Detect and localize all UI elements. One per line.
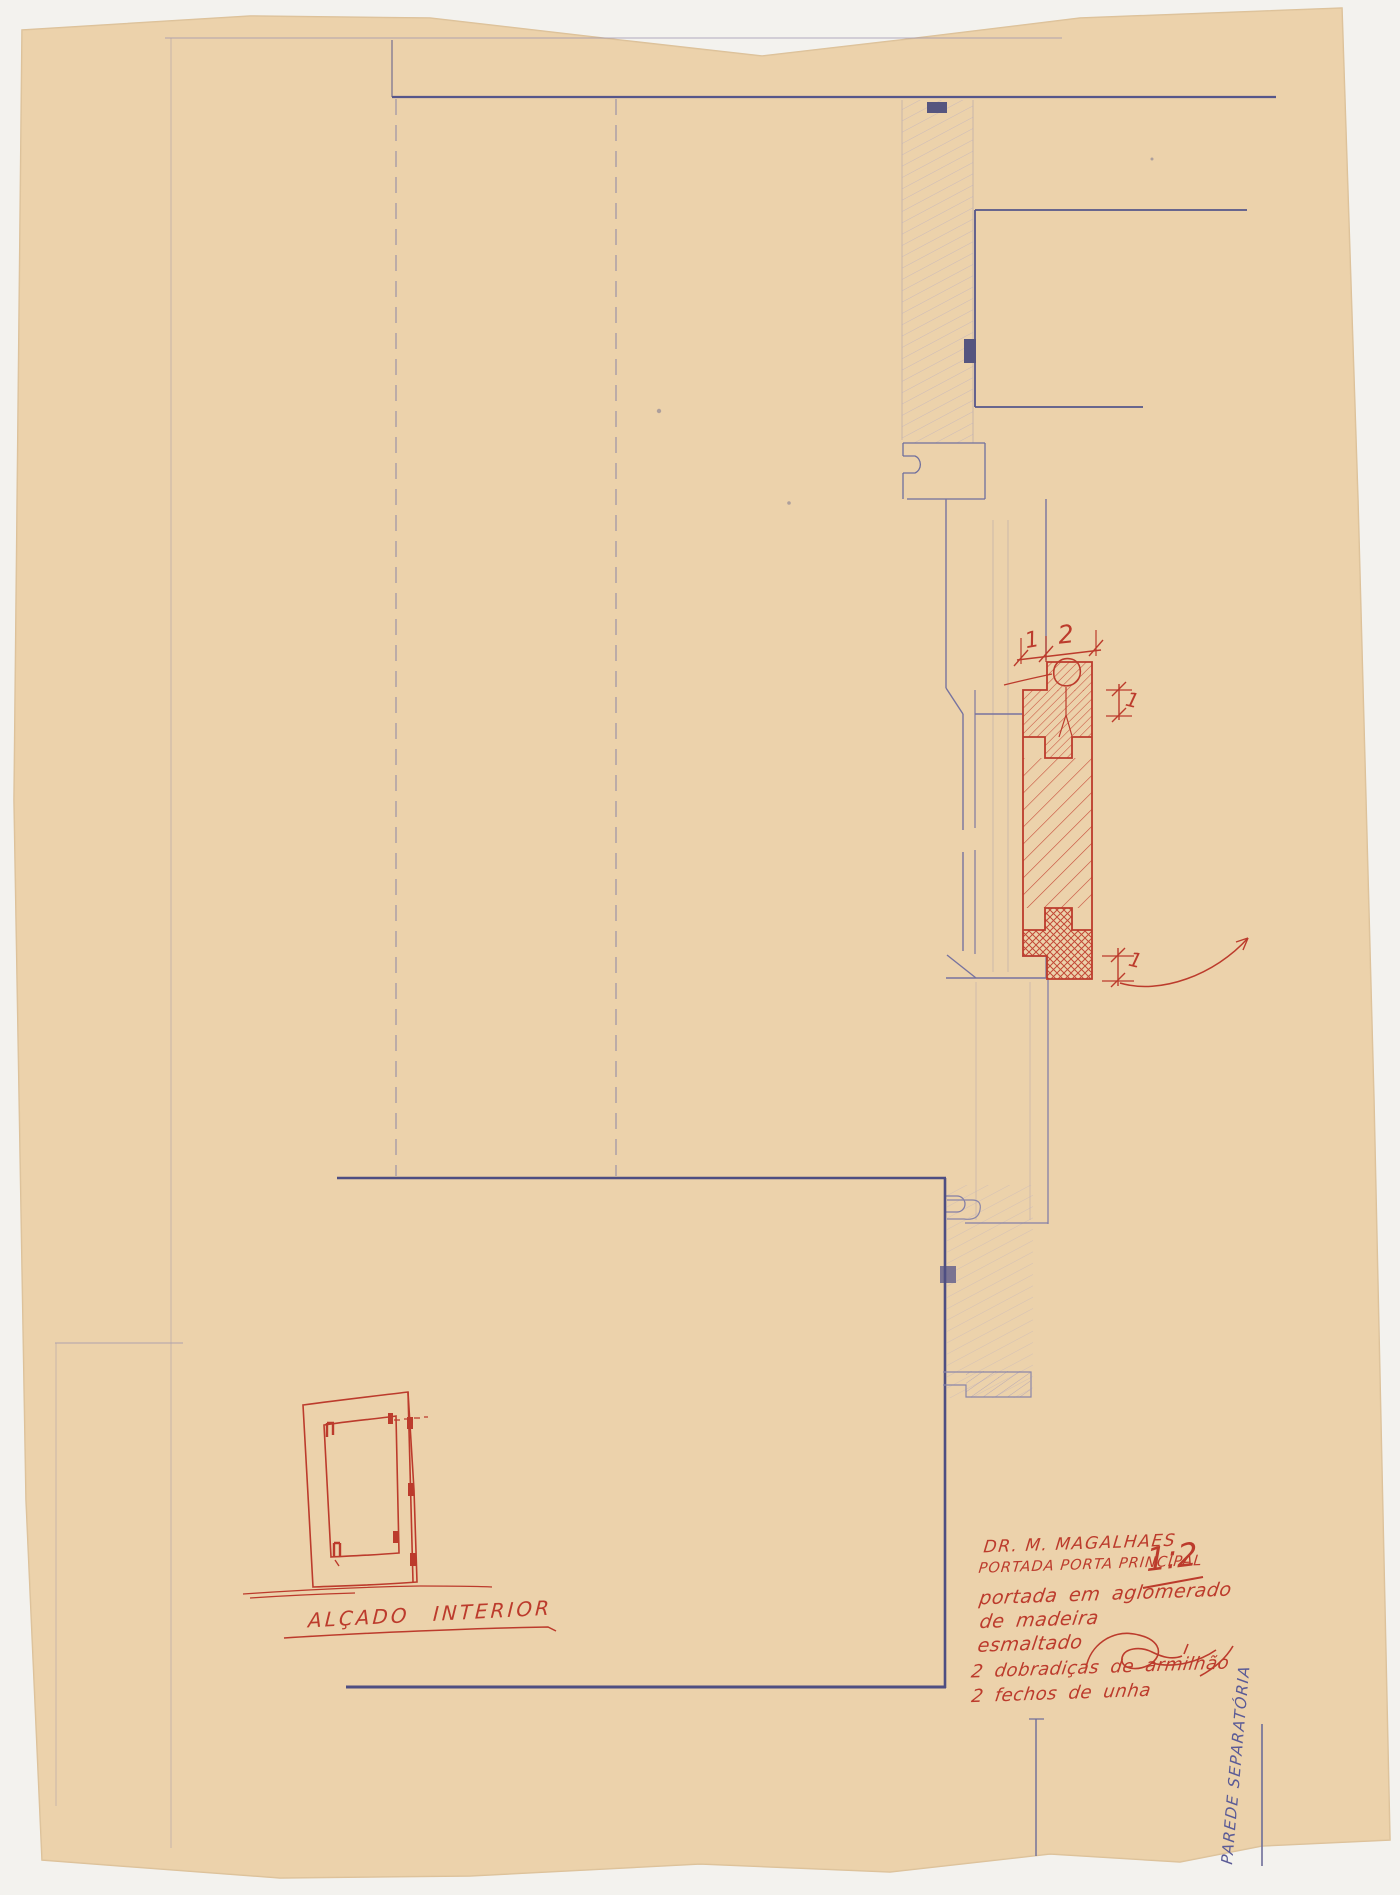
note-material-line-3: esmaltado — [976, 1631, 1084, 1657]
red-detail-hatch — [1023, 662, 1092, 979]
note-scale: 1:2 — [1146, 1535, 1198, 1579]
note-material-line-2: de madeira — [978, 1607, 1100, 1633]
drawing-linework — [0, 0, 1400, 1895]
scanned-drawing-page: DR. M. MAGALHAES PORTADA PORTA PRINCIPAL… — [0, 0, 1400, 1895]
dim-top-right-value: 2 — [1057, 619, 1076, 650]
